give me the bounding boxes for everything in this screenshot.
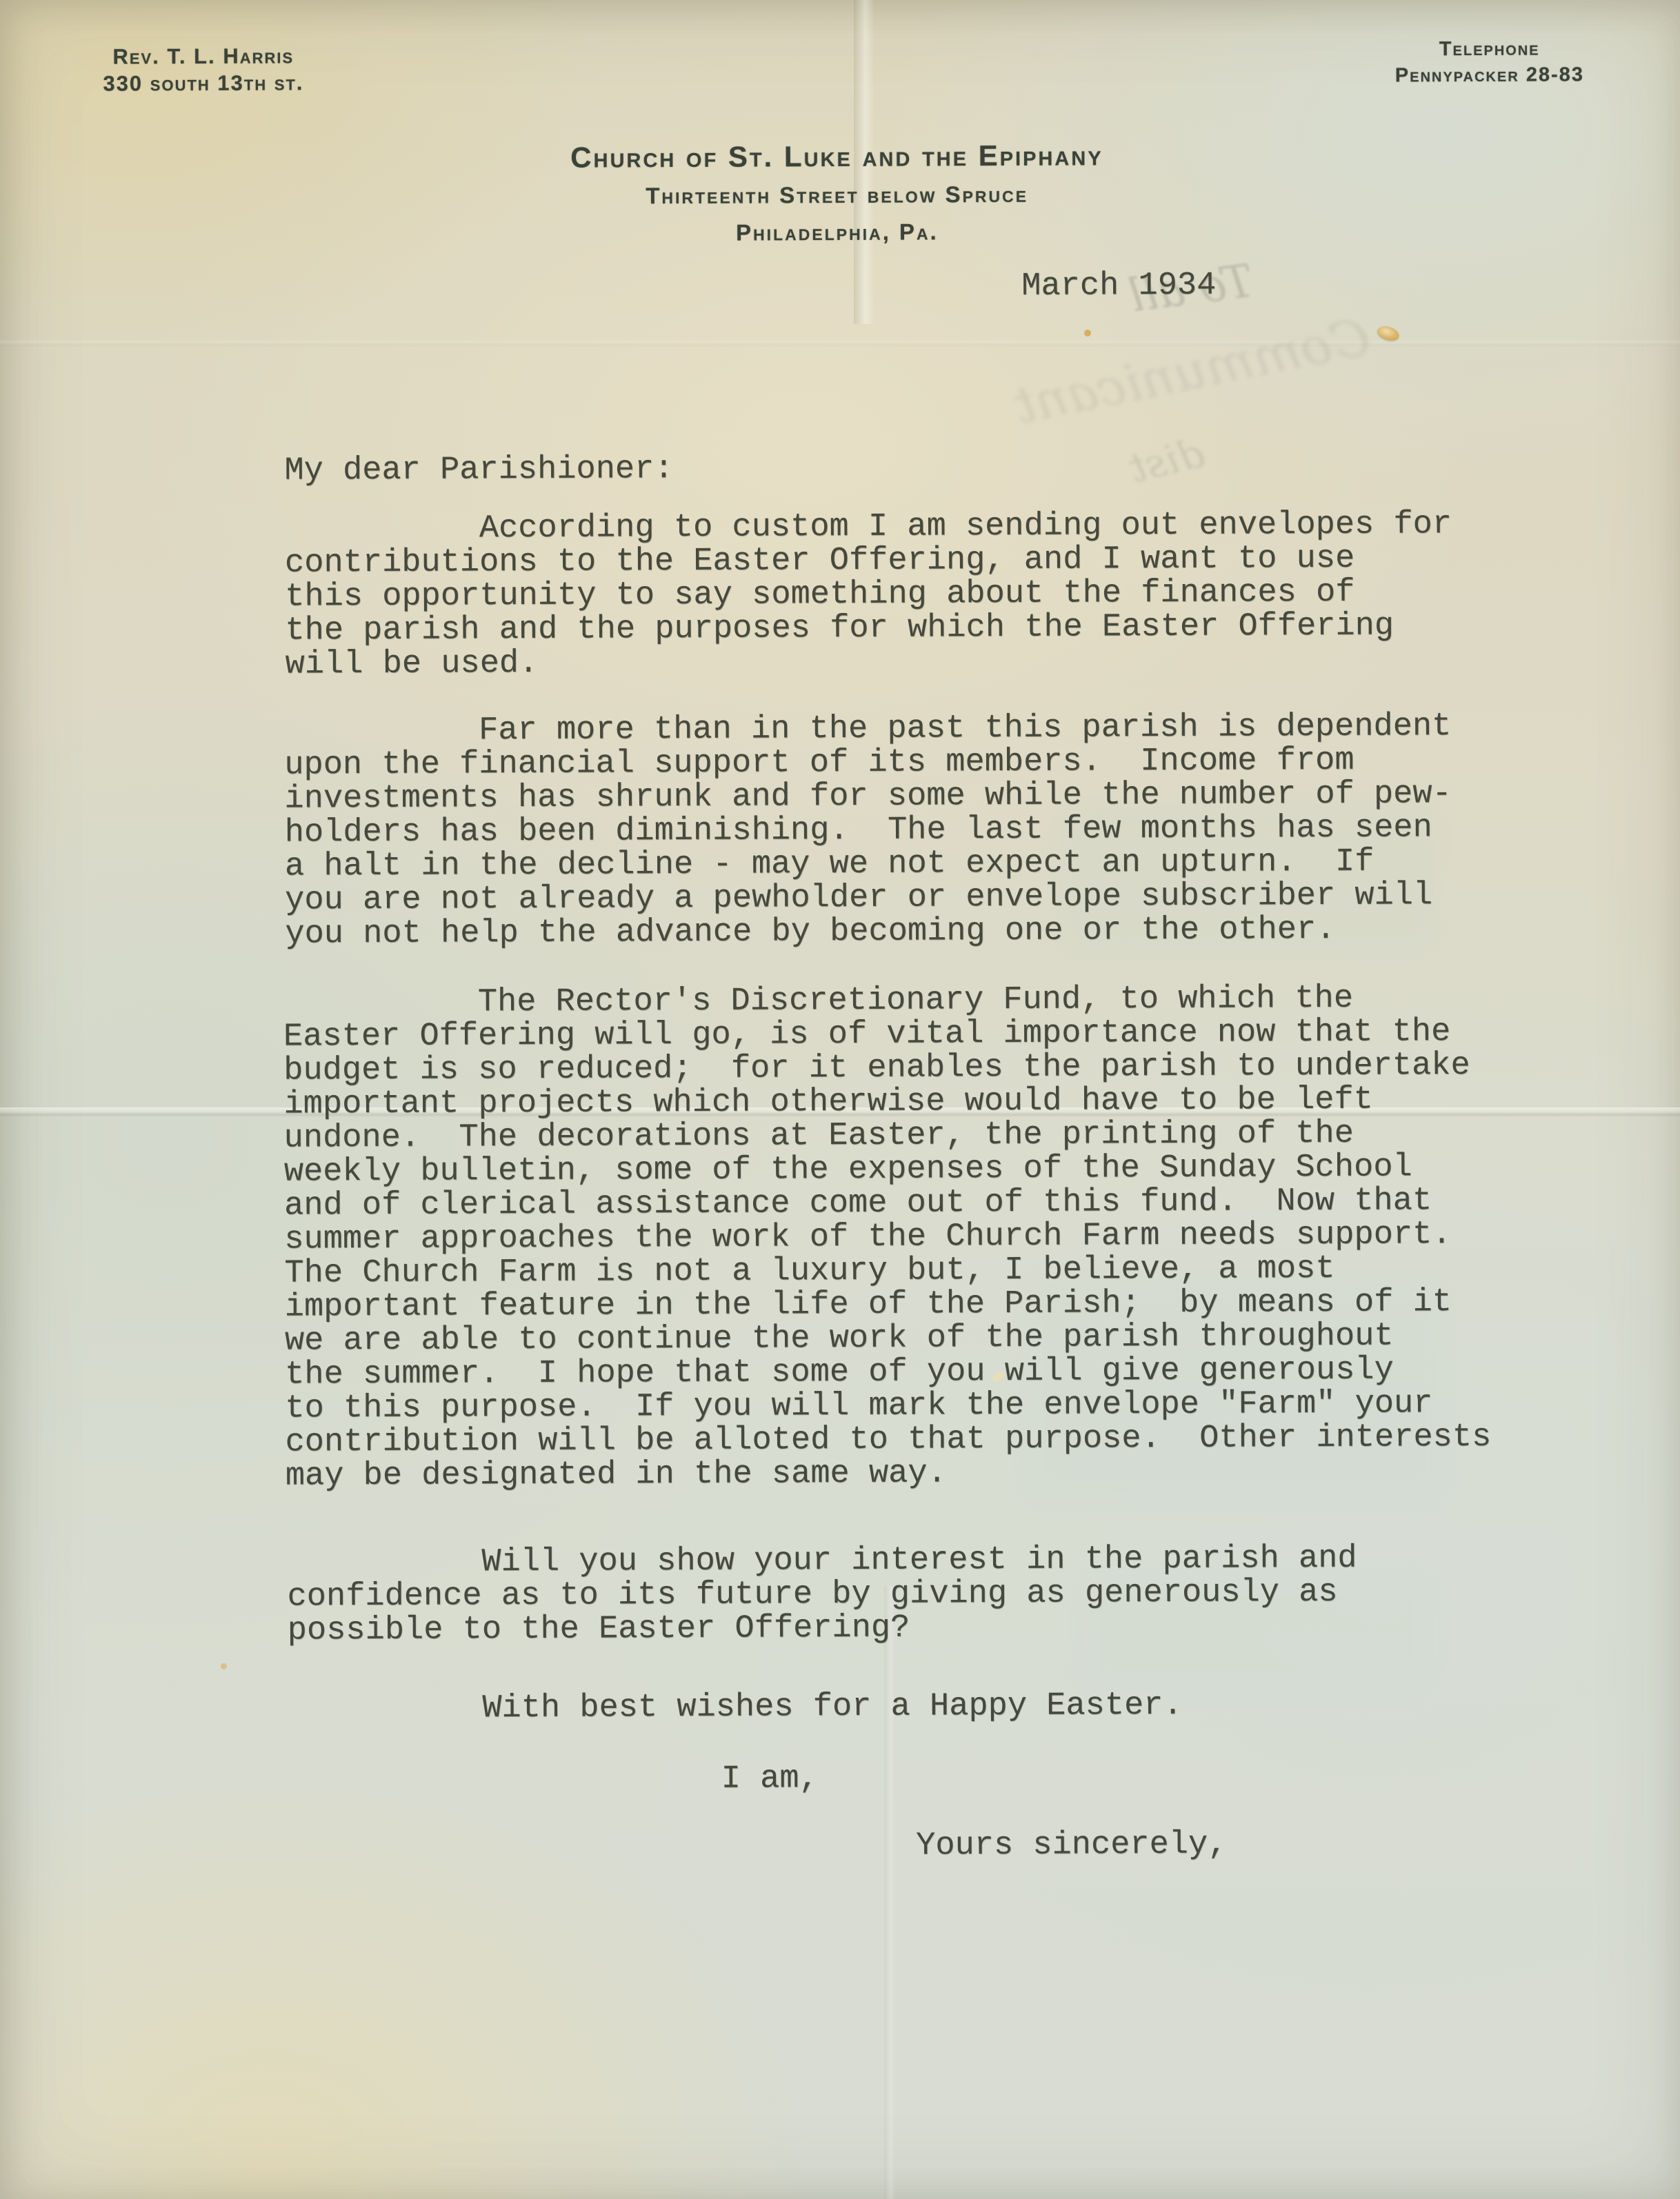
sender-name: Rev. T. L. Harris: [69, 42, 338, 70]
letterhead-phone-block: Telephone Pennypacker 28-83: [1345, 35, 1634, 89]
closing-wishes: With best wishes for a Happy Easter.: [288, 1689, 1183, 1727]
scanned-letter-page: Rev. T. L. Harris 330 south 13th st. Tel…: [0, 0, 1680, 2199]
phone-label: Telephone: [1345, 35, 1634, 63]
phone-number: Pennypacker 28-83: [1345, 61, 1634, 89]
church-city: Philadelphia, Pa.: [423, 212, 1251, 252]
closing-i-am: I am,: [721, 1762, 819, 1796]
letter-date: March 1934: [1021, 269, 1216, 303]
letter-content: Rev. T. L. Harris 330 south 13th st. Tel…: [0, 0, 1680, 2199]
sender-address: 330 south 13th st.: [69, 69, 338, 97]
paragraph: Far more than in the past this parish is…: [284, 710, 1452, 951]
paragraph: The Rector's Discretionary Fund, to whic…: [283, 981, 1492, 1494]
ghost-pencil-note: Communicant: [1009, 308, 1374, 436]
church-street: Thirteenth Street below Spruce: [423, 174, 1251, 215]
church-name: Church of St. Luke and the Epiphany: [423, 134, 1250, 178]
paragraph: According to custom I am sending out env…: [285, 508, 1452, 681]
letterhead-church-block: Church of St. Luke and the Epiphany Thir…: [423, 134, 1251, 252]
salutation: My dear Parishioner:: [284, 452, 673, 488]
closing-signoff: Yours sincerely,: [916, 1828, 1227, 1863]
ghost-pencil-note: dist: [1125, 429, 1208, 492]
paragraph: Will you show your interest in the paris…: [287, 1542, 1357, 1648]
letterhead-sender-block: Rev. T. L. Harris 330 south 13th st.: [69, 42, 338, 97]
